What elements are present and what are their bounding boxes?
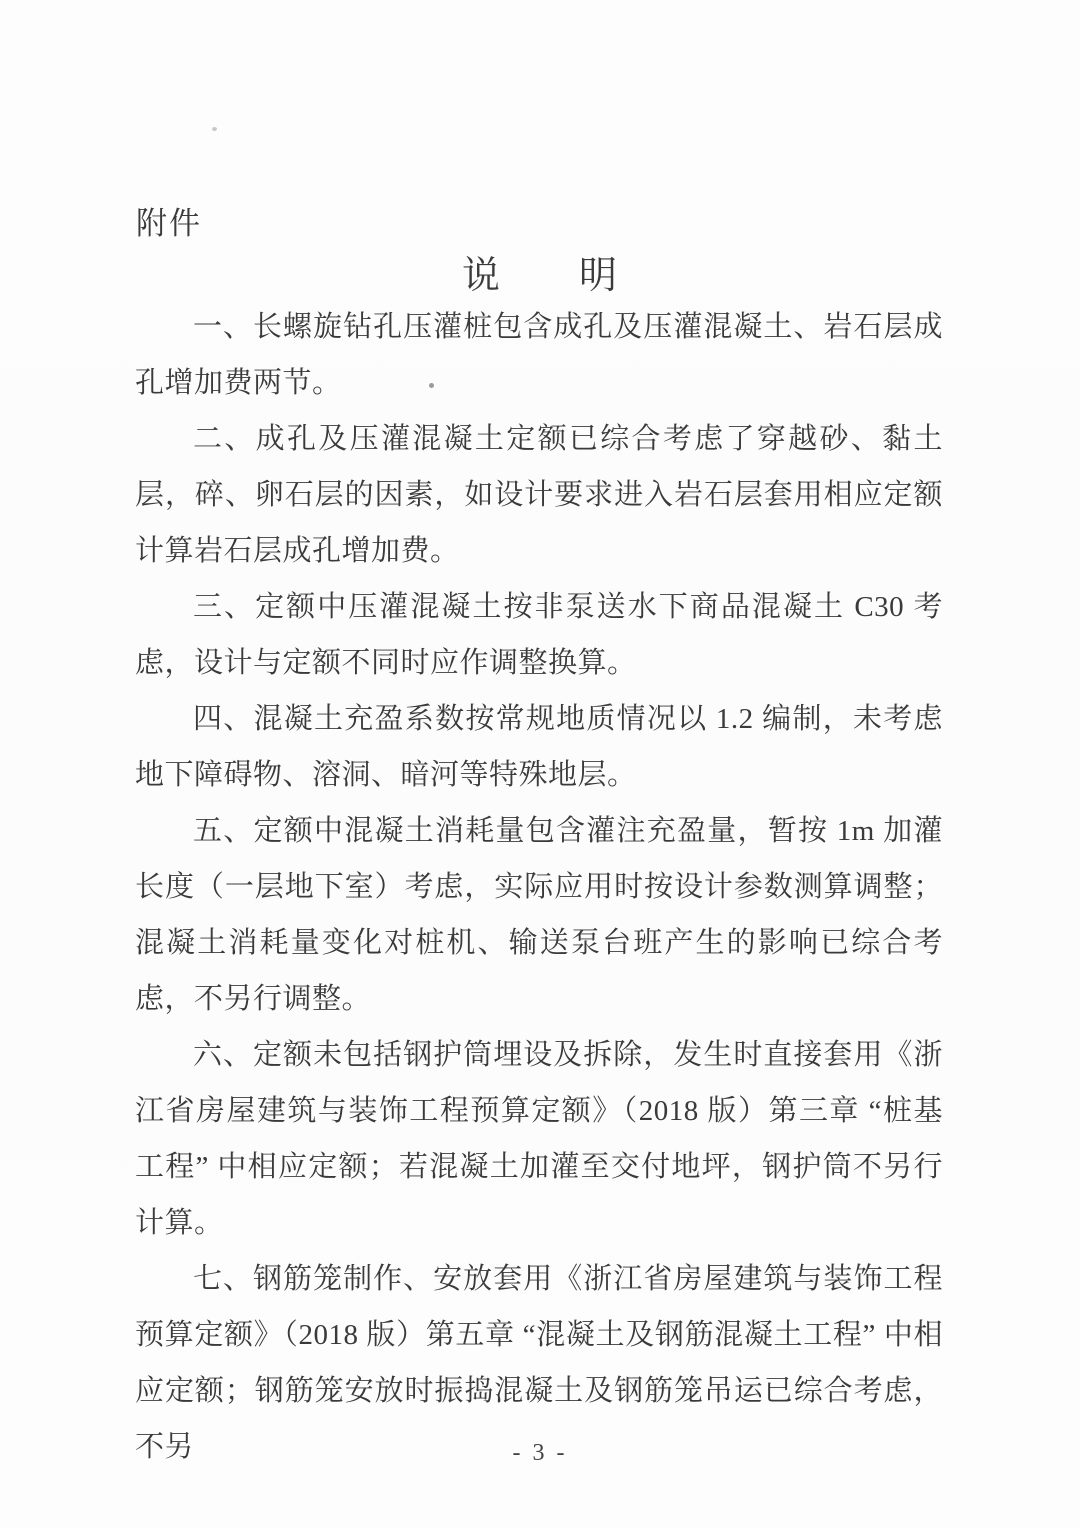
page-number: - 3 - bbox=[0, 1440, 1080, 1467]
note-item-2: 二、成孔及压灌混凝土定额已综合考虑了穿越砂、黏土层，碎、卵石层的因素，如设计要求… bbox=[135, 411, 943, 579]
notes-body: 一、长螺旋钻孔压灌桩包含成孔及压灌混凝土、岩石层成孔增加费两节。 二、成孔及压灌… bbox=[135, 299, 943, 1475]
note-item-6: 六、定额未包括钢护筒埋设及拆除，发生时直接套用《浙江省房屋建筑与装饰工程预算定额… bbox=[135, 1027, 943, 1251]
note-item-5: 五、定额中混凝土消耗量包含灌注充盈量，暂按 1m 加灌长度（一层地下室）考虑，实… bbox=[135, 803, 943, 1027]
note-item-1: 一、长螺旋钻孔压灌桩包含成孔及压灌混凝土、岩石层成孔增加费两节。 bbox=[135, 299, 943, 411]
document-page: 附件 说 明 一、长螺旋钻孔压灌桩包含成孔及压灌混凝土、岩石层成孔增加费两节。 … bbox=[0, 0, 1080, 1528]
document-title: 说 明 bbox=[0, 244, 1080, 299]
note-item-3: 三、定额中压灌混凝土按非泵送水下商品混凝土 C30 考虑，设计与定额不同时应作调… bbox=[135, 579, 943, 691]
attachment-label: 附件 bbox=[136, 198, 202, 243]
note-item-4: 四、混凝土充盈系数按常规地质情况以 1.2 编制，未考虑地下障碍物、溶洞、暗河等… bbox=[135, 691, 943, 803]
scan-artifact-dot bbox=[212, 127, 217, 131]
